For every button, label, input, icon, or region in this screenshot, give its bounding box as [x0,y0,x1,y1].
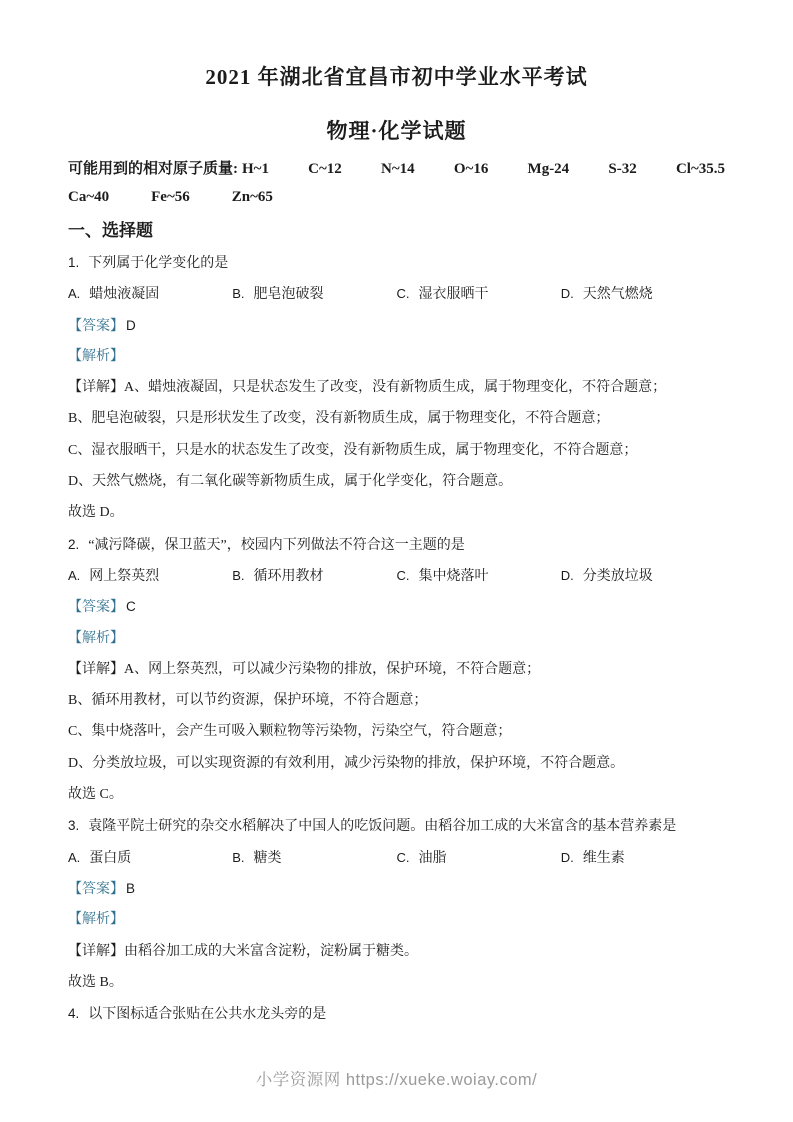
question-number: 3. [68,818,79,833]
exam-document-page: 2021 年湖北省宜昌市初中学业水平考试 物理·化学试题 可能用到的相对原子质量… [0,0,793,1122]
footer-watermark: 小学资源网 https://xueke.woiay.com/ [0,1066,793,1090]
option-a: A.蛋白质 [68,842,232,874]
atomic-mass-entry: N~14 [381,155,415,183]
atomic-mass-entry: S-32 [608,155,636,183]
answer-label: 【答案】 [68,319,124,334]
option-text: 湿衣服晒干 [419,287,489,302]
option-text: 糖类 [254,851,282,866]
atomic-mass-entry: Ca~40 [68,183,109,211]
option-text: 循环用教材 [254,569,324,584]
question-stem-text: 袁隆平院士研究的杂交水稻解决了中国人的吃饭问题。由稻谷加工成的大米富含的基本营养… [88,819,676,834]
question-number: 4. [68,1006,79,1021]
option-letter: B. [232,286,244,301]
option-letter: C. [397,850,410,865]
option-letter: D. [561,286,574,301]
option-d: D.分类放垃圾 [561,560,725,592]
analysis-line: 【解析】 [68,341,725,372]
conclusion-line: 故选 C。 [68,779,725,810]
question-stem: 3.袁隆平院士研究的杂交水稻解决了中国人的吃饭问题。由稻谷加工成的大米富含的基本… [68,810,725,841]
document-content: 2021 年湖北省宜昌市初中学业水平考试 物理·化学试题 可能用到的相对原子质量… [0,0,793,1029]
option-letter: C. [397,568,410,583]
atomic-mass-entry: C~12 [308,155,342,183]
question-number: 2. [68,537,79,552]
answer-line: 【答案】C [68,591,725,622]
answer-value: C [126,599,136,614]
option-text: 维生素 [583,851,625,866]
option-b: B.循环用教材 [232,560,396,592]
detail-line: 【详解】A、蜡烛液凝固，只是状态发生了改变，没有新物质生成，属于物理变化，不符合… [68,372,725,403]
analysis-line: 【解析】 [68,904,725,935]
analysis-label: 【解析】 [68,912,124,927]
answer-line: 【答案】D [68,310,725,341]
option-letter: A. [68,286,80,301]
question-stem: 4.以下图标适合张贴在公共水龙头旁的是 [68,998,725,1029]
answer-label: 【答案】 [68,600,124,615]
question-stem-text: 下列属于化学变化的是 [88,256,228,271]
option-b: B.糖类 [232,842,396,874]
analysis-label: 【解析】 [68,631,124,646]
answer-value: D [126,318,136,333]
question-stem-text: “减污降碳，保卫蓝天”，校园内下列做法不符合这一主题的是 [88,538,464,553]
option-d: D.维生素 [561,842,725,874]
detail-line: B、循环用教材，可以节约资源，保护环境，不符合题意； [68,685,725,716]
question-stem-text: 以下图标适合张贴在公共水龙头旁的是 [88,1007,326,1022]
analysis-label: 【解析】 [68,349,124,364]
option-text: 天然气燃烧 [583,287,653,302]
detail-line: B、肥皂泡破裂，只是形状发生了改变，没有新物质生成，属于物理变化，不符合题意； [68,403,725,434]
question-stem: 1.下列属于化学变化的是 [68,247,725,278]
option-letter: A. [68,850,80,865]
conclusion-line: 故选 B。 [68,967,725,998]
options-row: A.蜡烛液凝固 B.肥皂泡破裂 C.湿衣服晒干 D.天然气燃烧 [68,278,725,309]
question-block-1: 1.下列属于化学变化的是 A.蜡烛液凝固 B.肥皂泡破裂 C.湿衣服晒干 D.天… [68,247,725,529]
detail-line: C、湿衣服晒干，只是水的状态发生了改变，没有新物质生成，属于物理变化，不符合题意… [68,435,725,466]
question-block-2: 2.“减污降碳，保卫蓝天”，校园内下列做法不符合这一主题的是 A.网上祭英烈 B… [68,529,725,811]
option-c: C.油脂 [397,842,561,874]
answer-line: 【答案】B [68,873,725,904]
conclusion-line: 故选 D。 [68,497,725,528]
atomic-mass-entry: Mg-24 [528,155,570,183]
exam-title: 2021 年湖北省宜昌市初中学业水平考试 [68,62,725,92]
detail-line: 【详解】由稻谷加工成的大米富含淀粉，淀粉属于糖类。 [68,936,725,967]
atomic-mass-entry: Zn~65 [232,183,273,211]
analysis-line: 【解析】 [68,623,725,654]
option-c: C.湿衣服晒干 [397,278,561,310]
option-b: B.肥皂泡破裂 [232,278,396,310]
option-letter: D. [561,568,574,583]
question-block-4: 4.以下图标适合张贴在公共水龙头旁的是 [68,998,725,1029]
atomic-mass-entry: Cl~35.5 [676,155,725,183]
option-text: 肥皂泡破裂 [254,287,324,302]
atomic-mass-line-2: Ca~40 Fe~56 Zn~65 [68,183,725,211]
option-d: D.天然气燃烧 [561,278,725,310]
option-letter: B. [232,850,244,865]
question-stem: 2.“减污降碳，保卫蓝天”，校园内下列做法不符合这一主题的是 [68,529,725,560]
question-number: 1. [68,255,79,270]
option-text: 蜡烛液凝固 [89,287,159,302]
option-text: 网上祭英烈 [89,569,159,584]
option-a: A.网上祭英烈 [68,560,232,592]
atomic-mass-entry: H~1 [242,155,269,183]
answer-value: B [126,881,135,896]
option-a: A.蜡烛液凝固 [68,278,232,310]
atomic-mass-label: 可能用到的相对原子质量: [68,155,238,183]
answer-label: 【答案】 [68,882,124,897]
section-heading: 一、选择题 [68,215,725,247]
options-row: A.网上祭英烈 B.循环用教材 C.集中烧落叶 D.分类放垃圾 [68,560,725,591]
option-c: C.集中烧落叶 [397,560,561,592]
option-letter: C. [397,286,410,301]
exam-subtitle: 物理·化学试题 [68,116,725,146]
detail-line: C、集中烧落叶，会产生可吸入颗粒物等污染物，污染空气，符合题意； [68,716,725,747]
options-row: A.蛋白质 B.糖类 C.油脂 D.维生素 [68,842,725,873]
option-letter: A. [68,568,80,583]
atomic-mass-entry: Fe~56 [151,183,190,211]
detail-line: D、天然气燃烧，有二氧化碳等新物质生成，属于化学变化，符合题意。 [68,466,725,497]
option-text: 分类放垃圾 [583,569,653,584]
option-text: 集中烧落叶 [419,569,489,584]
atomic-mass-entry: O~16 [454,155,488,183]
detail-line: 【详解】A、网上祭英烈，可以减少污染物的排放，保护环境，不符合题意； [68,654,725,685]
atomic-mass-entries: H~1 C~12 N~14 O~16 Mg-24 S-32 Cl~35.5 [238,155,725,183]
option-letter: D. [561,850,574,865]
option-letter: B. [232,568,244,583]
question-block-3: 3.袁隆平院士研究的杂交水稻解决了中国人的吃饭问题。由稻谷加工成的大米富含的基本… [68,810,725,998]
option-text: 蛋白质 [89,851,131,866]
option-text: 油脂 [419,851,447,866]
atomic-mass-line-1: 可能用到的相对原子质量: H~1 C~12 N~14 O~16 Mg-24 S-… [68,155,725,183]
detail-line: D、分类放垃圾，可以实现资源的有效利用，减少污染物的排放，保护环境，不符合题意。 [68,748,725,779]
